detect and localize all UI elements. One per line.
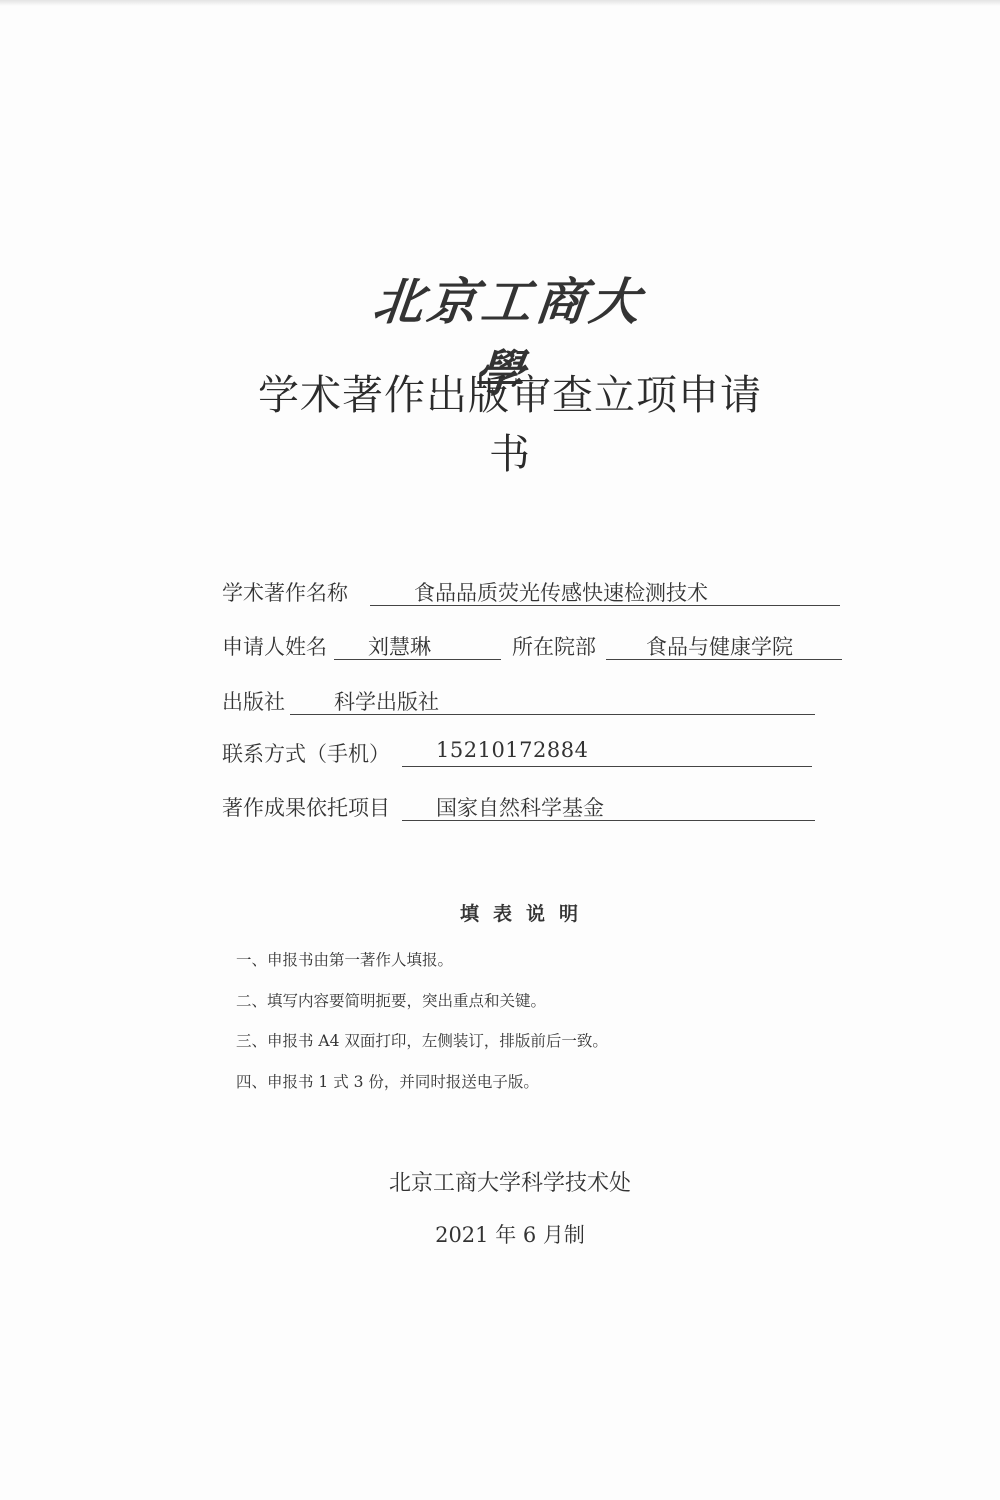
phone-value: 15210172884: [436, 738, 588, 762]
instruction-item: 三、申报书 A4 双面打印，左侧装订，排版前后一致。: [236, 1029, 608, 1051]
funding-project-value: 国家自然科学基金: [436, 792, 604, 822]
phone-label: 联系方式（手机）: [222, 738, 390, 768]
document-title: 学术著作出版审查立项申请书: [240, 362, 780, 480]
issuing-office: 北京工商大学科学技术处: [360, 1166, 660, 1197]
document-page: 北京工商大學 学术著作出版审查立项申请书 学术著作名称 食品品质荧光传感快速检测…: [0, 0, 1000, 1500]
department-value: 食品与健康学院: [646, 631, 793, 661]
publisher-label: 出版社: [222, 686, 285, 716]
publisher-value: 科学出版社: [334, 686, 439, 716]
instruction-item: 四、申报书 1 式 3 份，并同时报送电子版。: [236, 1070, 539, 1092]
department-label: 所在院部: [512, 631, 596, 661]
work-title-label: 学术著作名称: [222, 577, 348, 607]
applicant-name-label: 申请人姓名: [222, 631, 327, 661]
issue-date: 2021 年 6 月制: [380, 1219, 640, 1249]
instruction-item: 二、填写内容要简明扼要，突出重点和关键。: [236, 989, 546, 1011]
work-title-value: 食品品质荧光传感快速检测技术: [414, 577, 708, 607]
funding-project-label: 著作成果依托项目: [222, 792, 390, 822]
instructions-heading: 填表说明: [460, 899, 592, 926]
applicant-name-value: 刘慧琳: [368, 631, 431, 661]
instruction-item: 一、申报书由第一著作人填报。: [236, 948, 453, 970]
